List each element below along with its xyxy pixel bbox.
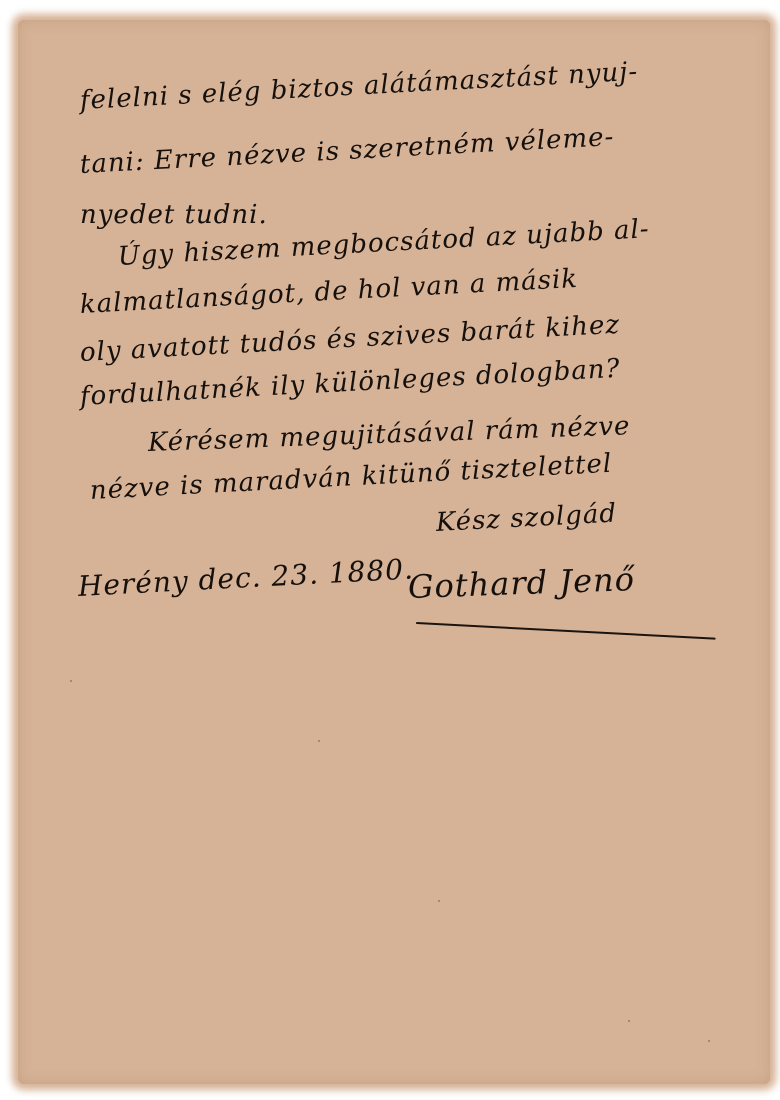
letter-line-2: tani: Erre nézve is szeretném véleme- xyxy=(79,122,615,180)
letter-line-3: nyedet tudni. xyxy=(80,200,268,230)
paper-speck xyxy=(70,680,72,682)
paper-speck xyxy=(318,740,320,742)
closing: Kész szolgád xyxy=(435,499,618,538)
place-date: Herény dec. 23. 1880. xyxy=(77,552,415,603)
paper-speck xyxy=(438,900,440,902)
letter-line-5: kalmatlanságot, de hol van a másik xyxy=(79,264,579,320)
letter-line-1: felelni s elég biztos alátámasztást nyuj… xyxy=(79,57,639,116)
paper-speck xyxy=(628,1020,630,1022)
paper-speck xyxy=(708,1040,710,1042)
signature-underline xyxy=(416,622,716,640)
letter-page: felelni s elég biztos alátámasztást nyuj… xyxy=(18,20,770,1084)
signature: Gothard Jenő xyxy=(407,560,635,606)
